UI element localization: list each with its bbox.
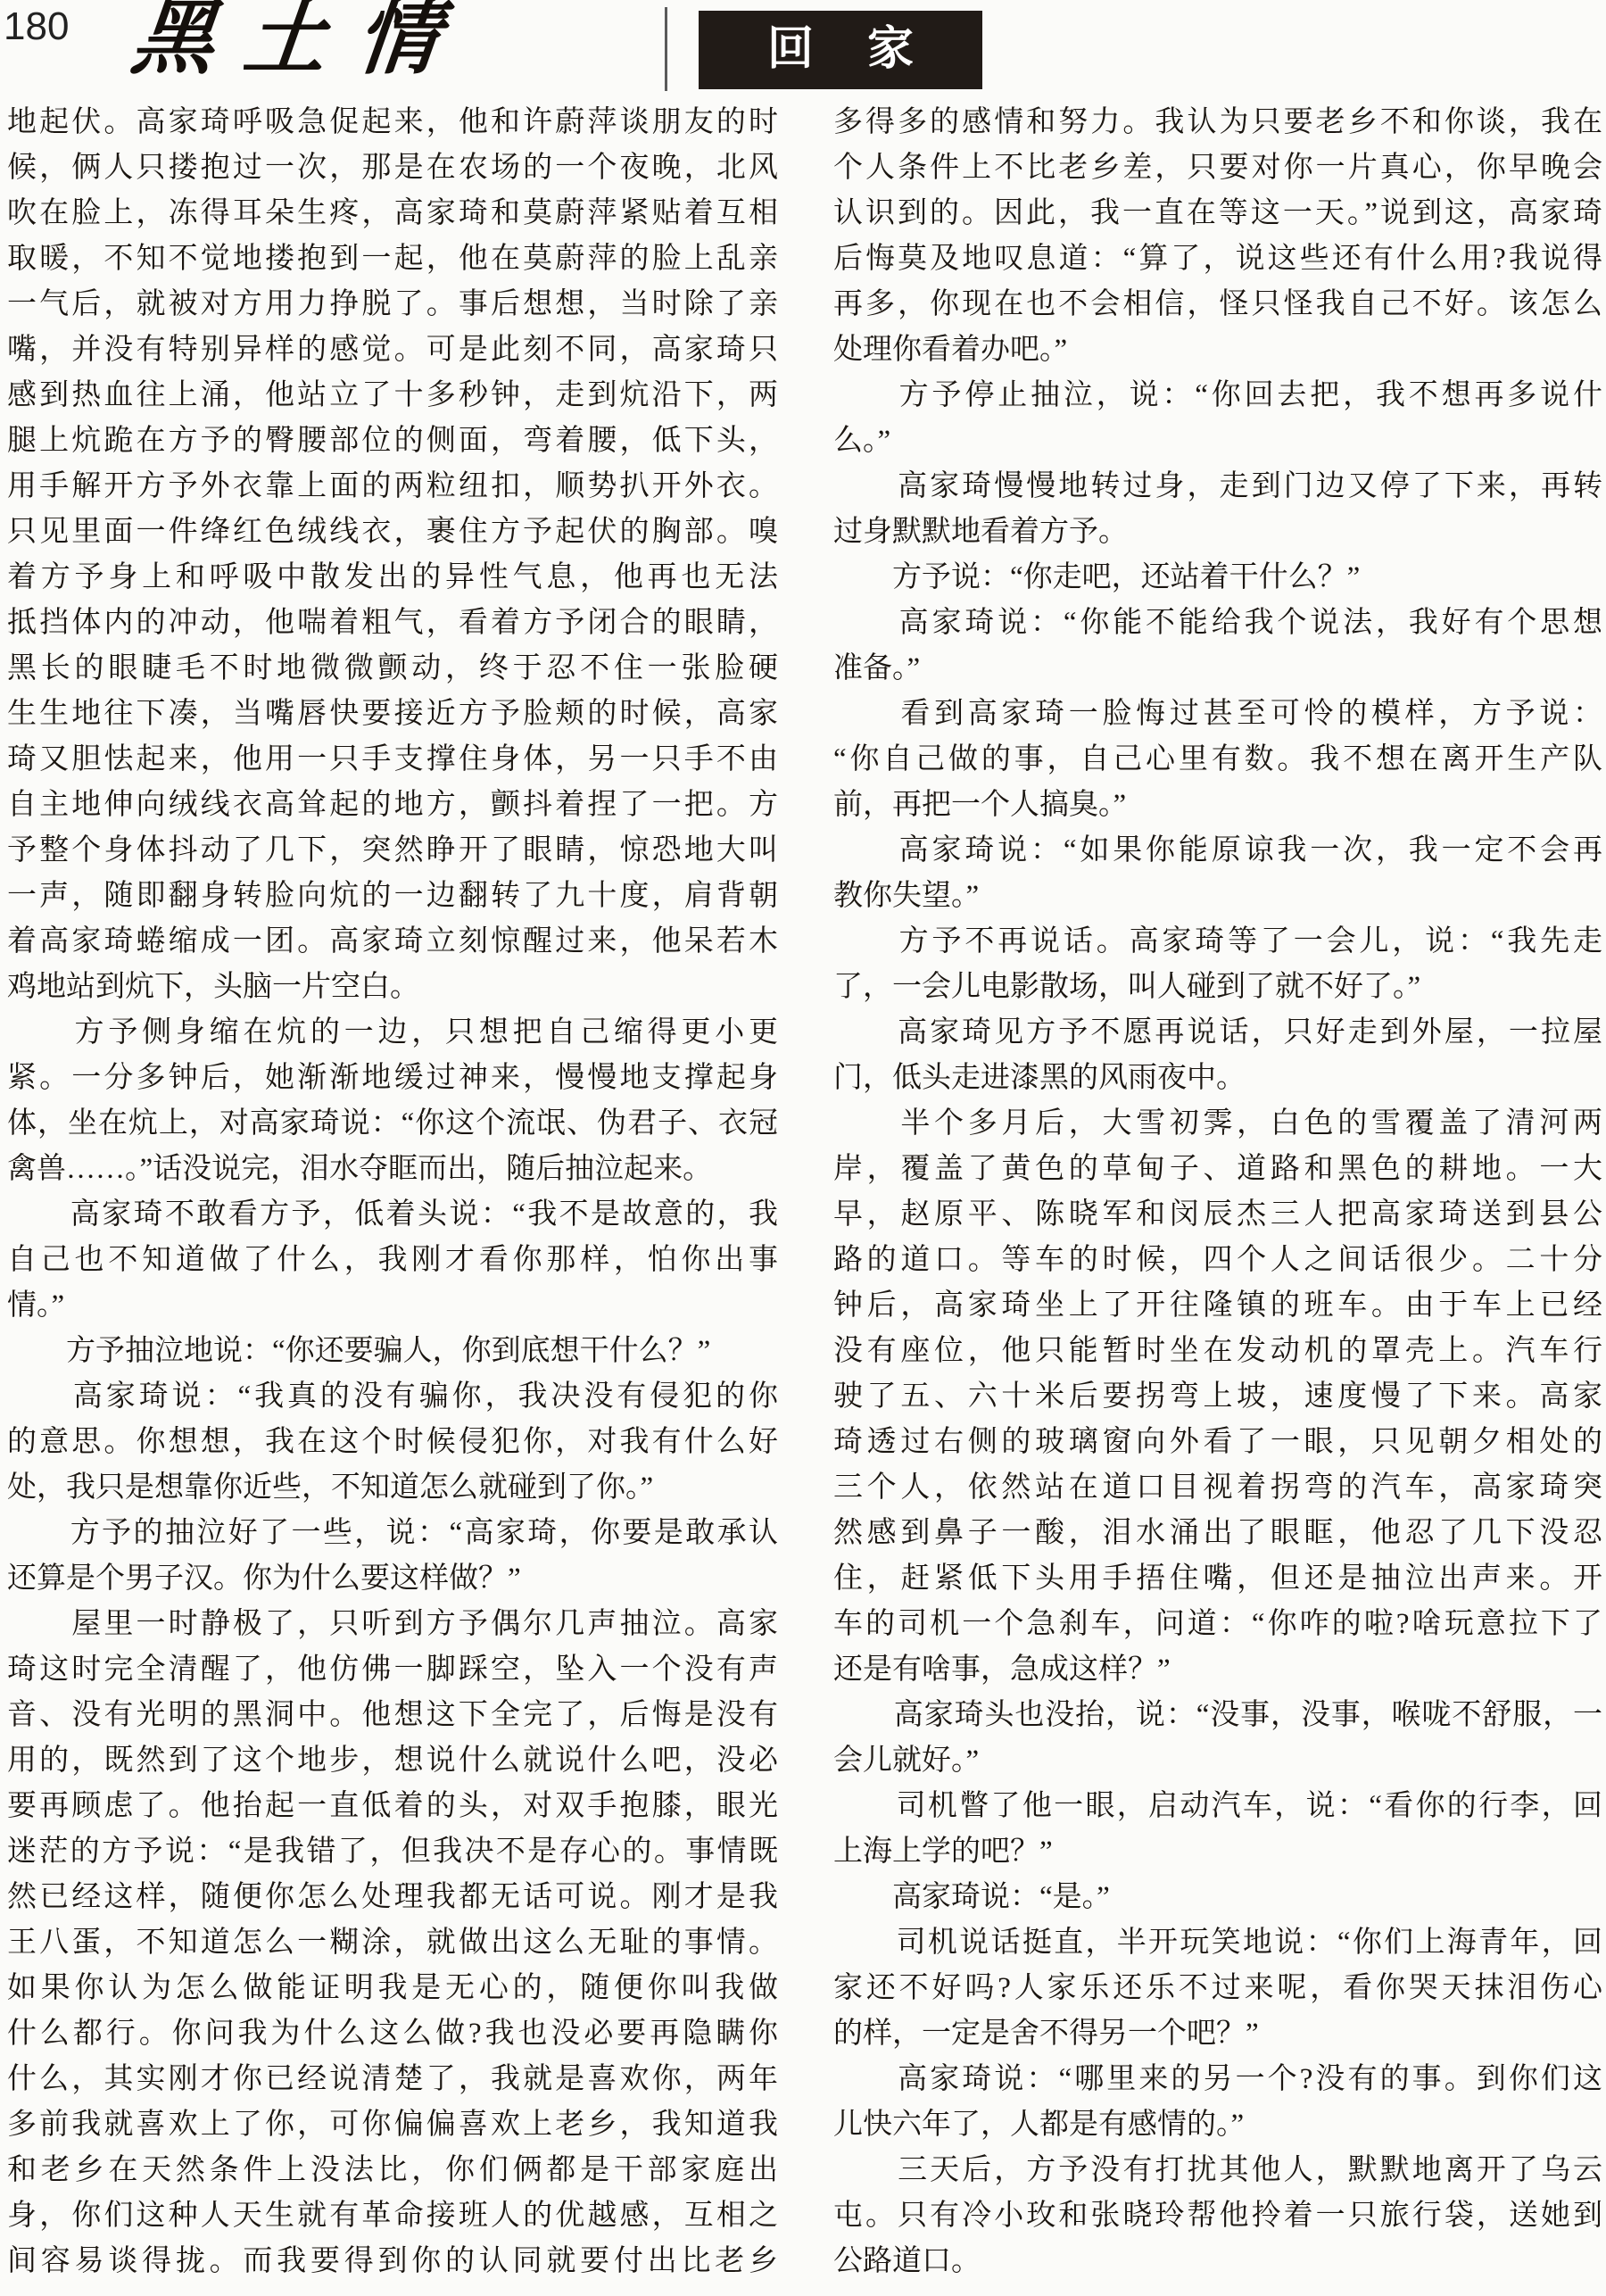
text-line: 教你失望。” xyxy=(833,874,1602,919)
text-line: 门，低头走进漆黑的风雨夜中。 xyxy=(833,1056,1602,1101)
text-line: 着高家琦蜷缩成一团。高家琦立刻惊醒过来，他呆若木 xyxy=(7,919,778,965)
section-title-box: 回家 xyxy=(699,11,982,89)
text-line: 琦又胆怯起来，他用一只手支撑住身体，另一只手不由 xyxy=(7,737,778,783)
text-line: 抵挡体内的冲动，他喘着粗气，看着方予闭合的眼睛， xyxy=(7,601,778,646)
text-line: 间容易谈得拢。而我要得到你的认同就要付出比老乡 xyxy=(7,2239,778,2284)
text-line: 儿快六年了，人都是有感情的。” xyxy=(833,2102,1602,2148)
text-line: 高家琦见方予不愿再说话，只好走到外屋，一拉屋 xyxy=(833,1010,1602,1056)
text-line: 司机瞥了他一眼，启动汽车，说：“看你的行李，回 xyxy=(833,1784,1602,1829)
text-line: 处理你看着办吧。” xyxy=(833,327,1602,373)
text-line: 然感到鼻子一酸，泪水涌出了眼眶，他忍了几下没忍 xyxy=(833,1511,1602,1556)
text-line: 了，一会儿电影散场，叫人碰到了就不好了。” xyxy=(833,965,1602,1010)
text-line: 方予的抽泣好了一些，说：“高家琦，你要是敢承认 xyxy=(7,1511,778,1556)
text-line: 住，赶紧低下头用手捂住嘴，但还是抽泣出声来。开 xyxy=(833,1556,1602,1602)
text-line: 方予不再说话。高家琦等了一会儿，说：“我先走 xyxy=(833,919,1602,965)
text-line: 然已经这样，随便你怎么处理我都无话可说。刚才是我 xyxy=(7,1875,778,1920)
text-line: 情。” xyxy=(7,1283,778,1329)
text-line: 高家琦说：“我真的没有骗你，我决没有侵犯的你 xyxy=(7,1374,778,1420)
text-line: 还算是个男子汉。你为什么要这样做？” xyxy=(7,1556,778,1602)
text-line: 公路道口。 xyxy=(833,2239,1602,2284)
text-line: 要再顾虑了。他抬起一直低着的头，对双手抱膝，眼光 xyxy=(7,1784,778,1829)
text-line: 处，我只是想靠你近些，不知道怎么就碰到了你。” xyxy=(7,1465,778,1511)
text-line: 琦这时完全清醒了，他仿佛一脚踩空，坠入一个没有声 xyxy=(7,1647,778,1693)
text-line: 嘴，并没有特别异样的感觉。可是此刻不同，高家琦只 xyxy=(7,327,778,373)
text-line: 还是有啥事，急成这样？” xyxy=(833,1647,1602,1693)
text-line: 高家琦说：“哪里来的另一个?没有的事。到你们这 xyxy=(833,2057,1602,2102)
text-line: 禽兽……。”话没说完，泪水夺眶而出，随后抽泣起来。 xyxy=(7,1147,778,1192)
text-line: 屋里一时静极了，只听到方予偶尔几声抽泣。高家 xyxy=(7,1602,778,1647)
text-line: 自己也不知道做了什么，我刚才看你那样，怕你出事 xyxy=(7,1238,778,1283)
text-line: 只见里面一件绛红色绒线衣，裹住方予起伏的胸部。嗅 xyxy=(7,510,778,555)
text-line: 没有座位，他只能暂时坐在发动机的罩壳上。汽车行 xyxy=(833,1329,1602,1374)
text-line: 认识到的。因此，我一直在等这一天。”说到这，高家琦 xyxy=(833,191,1602,236)
text-line: 三天后，方予没有打扰其他人，默默地离开了乌云 xyxy=(833,2148,1602,2193)
text-line: 方予说：“你走吧，还站着干什么？” xyxy=(833,555,1602,601)
text-line: 方予侧身缩在炕的一边，只想把自己缩得更小更 xyxy=(7,1010,778,1056)
text-line: 多前我就喜欢上了你，可你偏偏喜欢上老乡，我知道我 xyxy=(7,2102,778,2148)
text-line: 的样，一定是舍不得另一个吧？” xyxy=(833,2011,1602,2057)
text-line: 车的司机一个急刹车，问道：“你咋的啦?啥玩意拉下了 xyxy=(833,1602,1602,1647)
text-line: 上海上学的吧？” xyxy=(833,1829,1602,1875)
text-line: 早，赵原平、陈晓军和闵辰杰三人把高家琦送到县公 xyxy=(833,1192,1602,1238)
text-line: 屯。只有冷小玫和张晓玲帮他拎着一只旅行袋，送她到 xyxy=(833,2193,1602,2239)
text-line: 前，再把一个人搞臭。” xyxy=(833,783,1602,828)
text-line: 高家琦头也没抬，说：“没事，没事，喉咙不舒服，一 xyxy=(833,1693,1602,1738)
page-header: 180 黑土情 回家 xyxy=(0,0,1606,100)
text-line: 一声，随即翻身转脸向炕的一边翻转了九十度，肩背朝 xyxy=(7,874,778,919)
text-line: 多得多的感情和努力。我认为只要老乡不和你谈，我在 xyxy=(833,100,1602,145)
text-line: 鸡地站到炕下，头脑一片空白。 xyxy=(7,965,778,1010)
text-column-left: 地起伏。高家琦呼吸急促起来，他和许蔚萍谈朋友的时候，俩人只搂抱过一次，那是在农场… xyxy=(7,100,778,2284)
text-line: 三个人，依然站在道口目视着拐弯的汽车，高家琦突 xyxy=(833,1465,1602,1511)
page-number: 180 xyxy=(4,7,69,46)
text-line: 什么，其实刚才你已经说清楚了，我就是喜欢你，两年 xyxy=(7,2057,778,2102)
text-line: 个人条件上不比老乡差，只要对你一片真心，你早晚会 xyxy=(833,145,1602,191)
text-line: 高家琦说：“是。” xyxy=(833,1875,1602,1920)
text-line: 半个多月后，大雪初霁，白色的雪覆盖了清河两 xyxy=(833,1101,1602,1147)
text-line: 方予停止抽泣，说：“你回去把，我不想再多说什 xyxy=(833,373,1602,419)
text-line: 王八蛋，不知道怎么一糊涂，就做出这么无耻的事情。 xyxy=(7,1920,778,1966)
text-line: 紧。一分多钟后，她渐渐地缓过神来，慢慢地支撑起身 xyxy=(7,1056,778,1101)
text-line: 取暖，不知不觉地搂抱到一起，他在莫蔚萍的脸上乱亲 xyxy=(7,236,778,282)
text-line: 腿上炕跪在方予的臀腰部位的侧面，弯着腰，低下头， xyxy=(7,419,778,464)
text-line: 如果你认为怎么做能证明我是无心的，随便你叫我做 xyxy=(7,1966,778,2011)
text-line: 会儿就好。” xyxy=(833,1738,1602,1784)
text-line: 看到高家琦一脸悔过甚至可怜的模样，方予说： xyxy=(833,692,1602,737)
text-line: 和老乡在天然条件上没法比，你们俩都是干部家庭出 xyxy=(7,2148,778,2193)
text-line: 驶了五、六十米后要拐弯上坡，速度慢了下来。高家 xyxy=(833,1374,1602,1420)
text-line: 高家琦不敢看方予，低着头说：“我不是故意的，我 xyxy=(7,1192,778,1238)
text-line: 岸，覆盖了黄色的草甸子、道路和黑色的耕地。一大 xyxy=(833,1147,1602,1192)
text-line: 身，你们这种人天生就有革命接班人的优越感，互相之 xyxy=(7,2193,778,2239)
text-column-right: 多得多的感情和努力。我认为只要老乡不和你谈，我在个人条件上不比老乡差，只要对你一… xyxy=(833,100,1602,2284)
text-line: 琦透过右侧的玻璃窗向外看了一眼，只见朝夕相处的 xyxy=(833,1420,1602,1465)
text-line: 感到热血往上涌，他站立了十多秒钟，走到炕沿下，两 xyxy=(7,373,778,419)
magazine-logo: 黑土情 xyxy=(127,0,475,87)
section-title: 回家 xyxy=(767,27,967,73)
text-line: 什么都行。你问我为什么这么做?我也没必要再隐瞒你 xyxy=(7,2011,778,2057)
text-line: 体，坐在炕上，对高家琦说：“你这个流氓、伪君子、衣冠 xyxy=(7,1101,778,1147)
text-line: 过身默默地看着方予。 xyxy=(833,510,1602,555)
text-line: 高家琦说：“你能不能给我个说法，我好有个思想 xyxy=(833,601,1602,646)
text-line: 司机说话挺直，半开玩笑地说：“你们上海青年，回 xyxy=(833,1920,1602,1966)
text-line: 迷茫的方予说：“是我错了，但我决不是存心的。事情既 xyxy=(7,1829,778,1875)
text-line: 予整个身体抖动了几下，突然睁开了眼睛，惊恐地大叫 xyxy=(7,828,778,874)
text-line: 准备。” xyxy=(833,646,1602,692)
text-line: 黑长的眼睫毛不时地微微颤动，终于忍不住一张脸硬 xyxy=(7,646,778,692)
text-line: 候，俩人只搂抱过一次，那是在农场的一个夜晚，北风 xyxy=(7,145,778,191)
header-divider xyxy=(665,7,667,91)
text-line: 路的道口。等车的时候，四个人之间话很少。二十分 xyxy=(833,1238,1602,1283)
text-line: 用手解开方予外衣靠上面的两粒纽扣，顺势扒开外衣。 xyxy=(7,464,778,510)
text-line: 吹在脸上，冻得耳朵生疼，高家琦和莫蔚萍紧贴着互相 xyxy=(7,191,778,236)
text-line: 的意思。你想想，我在这个时候侵犯你，对我有什么好 xyxy=(7,1420,778,1465)
text-line: “你自己做的事，自己心里有数。我不想在离开生产队 xyxy=(833,737,1602,783)
text-line: 么。” xyxy=(833,419,1602,464)
text-line: 高家琦说：“如果你能原谅我一次，我一定不会再 xyxy=(833,828,1602,874)
text-line: 着方予身上和呼吸中散发出的异性气息，他再也无法 xyxy=(7,555,778,601)
text-line: 钟后，高家琦坐上了开往隆镇的班车。由于车上已经 xyxy=(833,1283,1602,1329)
text-line: 一气后，就被对方用力挣脱了。事后想想，当时除了亲 xyxy=(7,282,778,327)
text-line: 再多，你现在也不会相信，怪只怪我自己不好。该怎么 xyxy=(833,282,1602,327)
text-line: 家还不好吗?人家乐还乐不过来呢，看你哭天抹泪伤心 xyxy=(833,1966,1602,2011)
text-line: 地起伏。高家琦呼吸急促起来，他和许蔚萍谈朋友的时 xyxy=(7,100,778,145)
text-line: 生生地往下凑，当嘴唇快要接近方予脸颊的时候，高家 xyxy=(7,692,778,737)
text-line: 音、没有光明的黑洞中。他想这下全完了，后悔是没有 xyxy=(7,1693,778,1738)
text-line: 后悔莫及地叹息道：“算了，说这些还有什么用?我说得 xyxy=(833,236,1602,282)
text-line: 用的，既然到了这个地步，想说什么就说什么吧，没必 xyxy=(7,1738,778,1784)
text-line: 高家琦慢慢地转过身，走到门边又停了下来，再转 xyxy=(833,464,1602,510)
text-line: 自主地伸向绒线衣高耸起的地方，颤抖着捏了一把。方 xyxy=(7,783,778,828)
text-line: 方予抽泣地说：“你还要骗人，你到底想干什么？” xyxy=(7,1329,778,1374)
